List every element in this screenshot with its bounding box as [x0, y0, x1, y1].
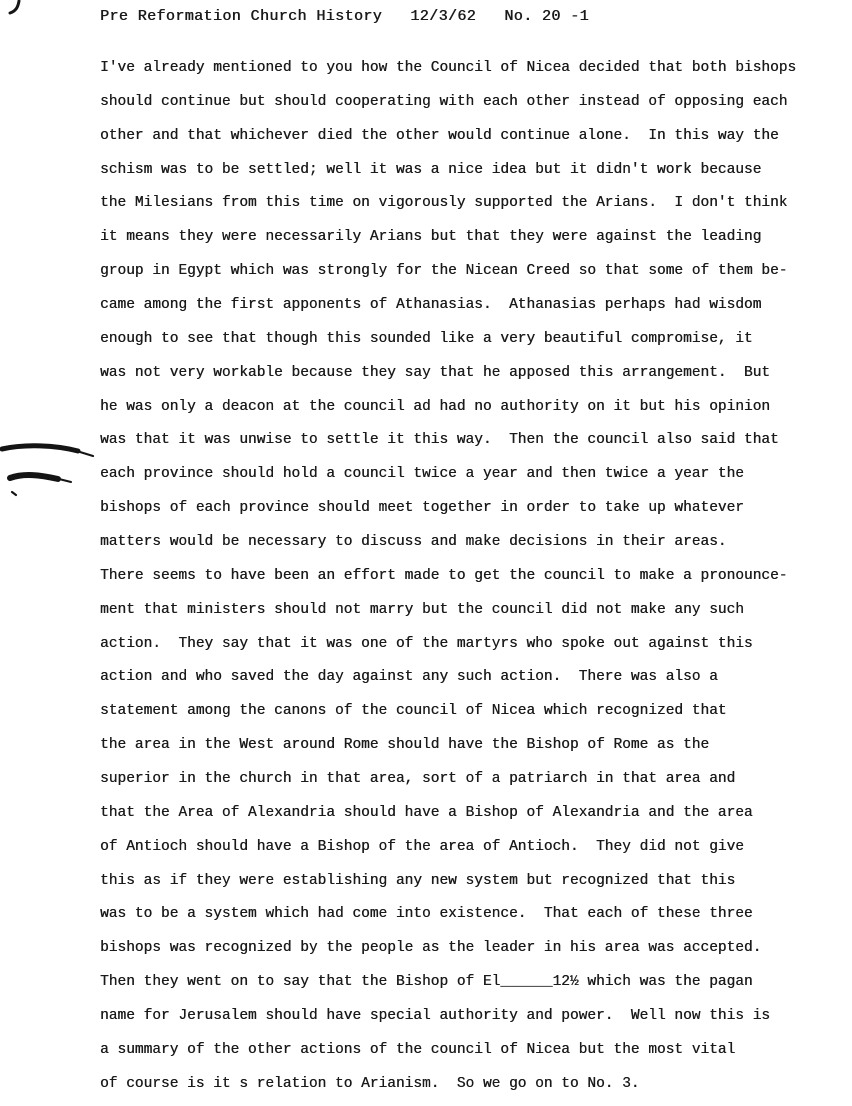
pen-squiggle-mark: [4, 0, 26, 20]
short-arrow-pen-stroke-icon: [10, 475, 71, 495]
text-line: should continue but should cooperating w…: [100, 86, 840, 120]
text-line: action and who saved the day against any…: [100, 661, 840, 695]
text-line: schism was to be settled; well it was a …: [100, 154, 840, 188]
text-line: name for Jerusalem should have special a…: [100, 1000, 840, 1034]
text-line: bishops of each province should meet tog…: [100, 492, 840, 526]
text-line: was not very workable because they say t…: [100, 357, 840, 391]
document-page: Pre Reformation Church History 12/3/62 N…: [0, 0, 852, 1106]
text-line: the area in the West around Rome should …: [100, 729, 840, 763]
text-line: that the Area of Alexandria should have …: [100, 797, 840, 831]
text-line: other and that whichever died the other …: [100, 120, 840, 154]
text-line: the Milesians from this time on vigorous…: [100, 187, 840, 221]
margin-pen-strokes: [0, 430, 100, 510]
text-line: each province should hold a council twic…: [100, 458, 840, 492]
text-line: he was only a deacon at the council ad h…: [100, 391, 840, 425]
text-line: group in Egypt which was strongly for th…: [100, 255, 840, 289]
text-line: was that it was unwise to settle it this…: [100, 424, 840, 458]
body-lines: I've already mentioned to you how the Co…: [100, 52, 840, 1102]
text-line: superior in the church in that area, sor…: [100, 763, 840, 797]
text-line: a summary of the other actions of the co…: [100, 1034, 840, 1068]
page-header: Pre Reformation Church History 12/3/62 N…: [100, 8, 589, 25]
text-line: was to be a system which had come into e…: [100, 898, 840, 932]
text-line: it means they were necessarily Arians bu…: [100, 221, 840, 255]
text-line: matters would be necessary to discuss an…: [100, 526, 840, 560]
text-line: statement among the canons of the counci…: [100, 695, 840, 729]
text-line: enough to see that though this sounded l…: [100, 323, 840, 357]
text-line: There seems to have been an effort made …: [100, 560, 840, 594]
text-line: of Antioch should have a Bishop of the a…: [100, 831, 840, 865]
long-dash-pen-stroke-icon: [2, 446, 93, 456]
text-line: came among the first apponents of Athana…: [100, 289, 840, 323]
text-line: I've already mentioned to you how the Co…: [100, 52, 840, 86]
text-line: ment that ministers should not marry but…: [100, 594, 840, 628]
text-line: of course is it s relation to Arianism. …: [100, 1068, 840, 1102]
text-line: Then they went on to say that the Bishop…: [100, 966, 840, 1000]
text-line: this as if they were establishing any ne…: [100, 865, 840, 899]
text-line: action. They say that it was one of the …: [100, 628, 840, 662]
text-line: bishops was recognized by the people as …: [100, 932, 840, 966]
